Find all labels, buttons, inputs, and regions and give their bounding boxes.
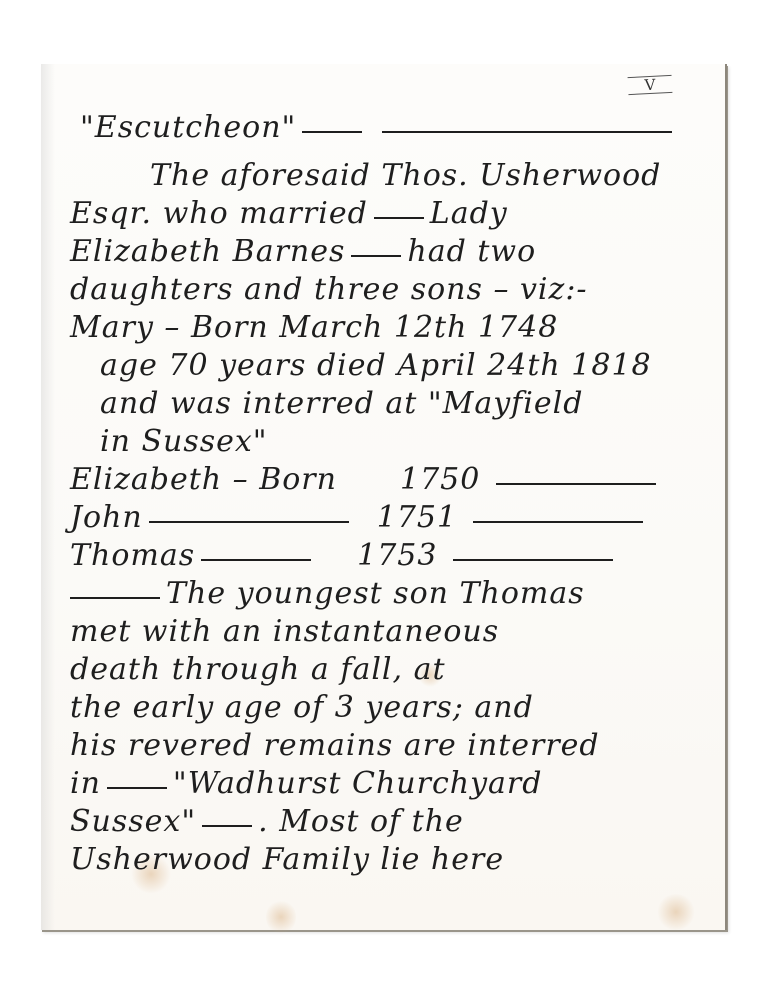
rule [374, 217, 424, 219]
child-name: Elizabeth – Born [70, 462, 400, 498]
text-span: in [70, 766, 101, 801]
text-line: Esqr. who marriedLady [70, 196, 508, 232]
text-span: "Wadhurst Churchyard [173, 766, 543, 801]
child-name: John [70, 500, 143, 535]
text-line: the early age of 3 years; and [70, 690, 534, 726]
child-year: 1751 [377, 500, 467, 536]
paper-stain [266, 899, 296, 935]
child-row: Elizabeth – Born1750 [70, 462, 662, 498]
text-line: The youngest son Thomas [70, 576, 585, 612]
rule [473, 521, 643, 523]
page-number: V [628, 75, 673, 95]
text-span: Lady [430, 196, 508, 231]
child-year: 1750 [400, 462, 490, 498]
rule [201, 559, 311, 561]
text-line: The aforesaid Thos. Usherwood [150, 158, 661, 194]
rule [496, 483, 656, 485]
text-line: Mary – Born March 12th 1748 [70, 310, 558, 346]
rule [453, 559, 613, 561]
heading-line: "Escutcheon" [80, 110, 678, 146]
rule [70, 597, 160, 599]
text-span: Sussex" [70, 804, 196, 839]
rule [351, 255, 401, 257]
text-span: . Most of the [258, 804, 464, 839]
child-name: Thomas [70, 538, 195, 573]
rule [107, 787, 167, 789]
child-row: John1751 [70, 500, 649, 536]
text-span: Elizabeth Barnes [70, 234, 345, 269]
text-line: death through a fall, at [70, 652, 446, 688]
text-line: met with an instantaneous [70, 614, 499, 650]
text-line: Usherwood Family lie here [70, 842, 504, 878]
text-line: daughters and three sons – viz:- [70, 272, 588, 308]
heading: "Escutcheon" [80, 110, 296, 145]
text-line: age 70 years died April 24th 1818 [100, 348, 652, 384]
rule [149, 521, 349, 523]
text-line: in Sussex" [100, 424, 268, 460]
text-line: and was interred at "Mayfield [100, 386, 583, 422]
child-year: 1753 [357, 538, 447, 574]
text-span: The youngest son Thomas [166, 576, 585, 611]
text-span: had two [407, 234, 536, 269]
rule [202, 825, 252, 827]
text-line: Sussex". Most of the [70, 804, 464, 840]
text-span: Esqr. who married [70, 196, 368, 231]
rule [382, 131, 672, 133]
text-line: his revered remains are interred [70, 728, 600, 764]
rule [302, 131, 362, 133]
paper-stain [656, 894, 696, 930]
text-line: Elizabeth Barneshad two [70, 234, 536, 270]
text-line: in"Wadhurst Churchyard [70, 766, 542, 802]
child-row: Thomas1753 [70, 538, 619, 574]
